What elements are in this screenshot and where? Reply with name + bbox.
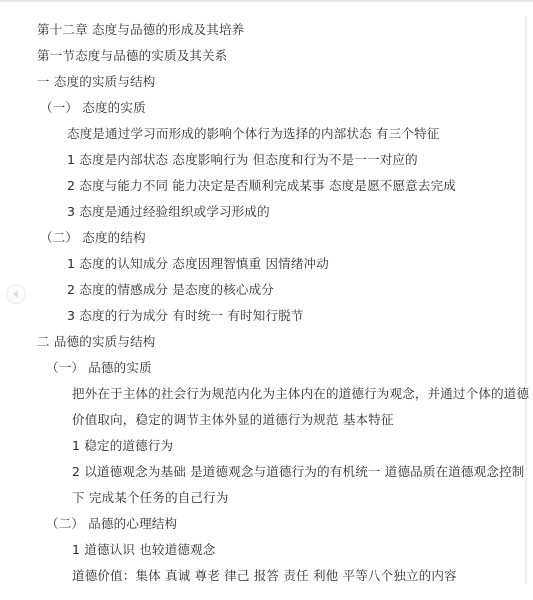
document-line: 1 稳定的道德行为 <box>72 438 173 454</box>
chevron-left-icon <box>13 290 18 298</box>
previous-page-button[interactable] <box>6 284 26 304</box>
document-line: 3 态度是通过经验组织或学习形成的 <box>67 204 270 220</box>
document-line: （一） 品德的实质 <box>46 360 152 376</box>
document-line: （一） 态度的实质 <box>40 100 146 116</box>
document-line: 1 态度是内部状态 态度影响行为 但态度和行为不是一一对应的 <box>67 152 418 168</box>
page-edge-divider <box>525 16 527 584</box>
document-line: 态度是通过学习而形成的影响个体行为选择的内部状态 有三个特征 <box>67 126 439 142</box>
document-line: 二 品德的实质与结构 <box>37 334 155 350</box>
document-line: 把外在于主体的社会行为规范内化为主体内在的道德行为观念，并通过个体的道德 <box>72 386 529 402</box>
document-line: （二） 品德的心理结构 <box>46 516 177 532</box>
document-line: 2 态度与能力不同 能力决定是否顺利完成某事 态度是愿不愿意去完成 <box>67 178 456 194</box>
document-line: 2 以道德观念为基础 是道德观念与道德行为的有机统一 道德品质在道德观念控制 <box>72 464 524 480</box>
document-line: 一 态度的实质与结构 <box>37 74 155 90</box>
document-line: 2 态度的情感成分 是态度的核心成分 <box>67 282 274 298</box>
document-line: 价值取向，稳定的调节主体外显的道德行为规范 基本特征 <box>72 412 394 428</box>
document-line: 第十二章 态度与品德的形成及其培养 <box>37 22 244 38</box>
document-line: 3 态度的行为成分 有时统一 有时知行脱节 <box>67 308 304 324</box>
top-divider <box>0 0 533 2</box>
document-line: 道德价值：集体 真诚 尊老 律己 报答 责任 利他 平等八个独立的内容 <box>72 568 457 584</box>
document-line: 下 完成某个任务的自己行为 <box>72 490 229 506</box>
document-line: 1 态度的认知成分 态度因理智慎重 因情绪冲动 <box>67 256 329 272</box>
document-line: （二） 态度的结构 <box>40 230 146 246</box>
document-line: 第一节态度与品德的实质及其关系 <box>37 48 228 64</box>
document-line: 1 道德认识 也较道德观念 <box>72 542 216 558</box>
